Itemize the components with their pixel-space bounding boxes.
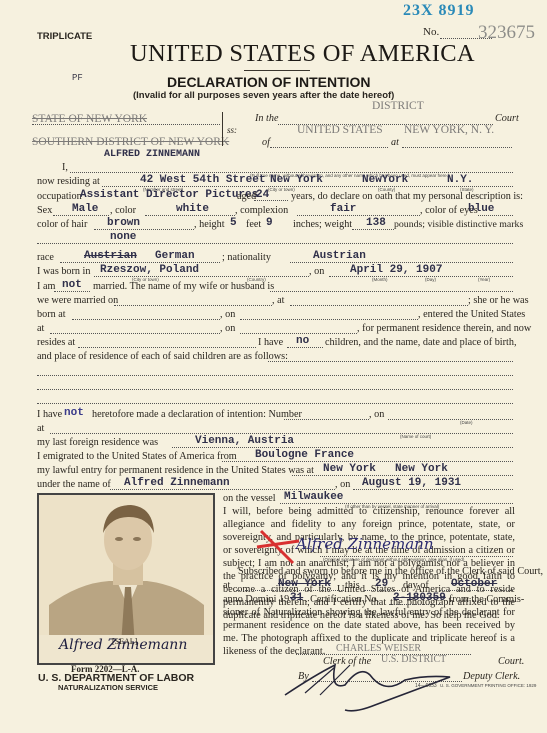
copy-label: TRIPLICATE [37, 31, 92, 42]
occupation-label: occupation [37, 191, 82, 202]
anno-label: anno Domini 19 [223, 594, 289, 605]
race-label: race [37, 252, 54, 263]
occupation-value: Assistant Director Pictures [80, 189, 258, 201]
clerk-name: CHARLES WEISER [336, 643, 421, 654]
form-subtitle: DECLARATION OF INTENTION [167, 74, 371, 90]
heretofore-text: heretofore made a declaration of intenti… [92, 409, 302, 420]
complexion-value: fair [330, 203, 356, 215]
birth-date-value: April 29, 1907 [350, 264, 442, 276]
hair-label: color of hair [37, 219, 87, 230]
married-at-label: , at [272, 295, 284, 306]
last-res-value: Vienna, Austria [195, 435, 294, 447]
court-type: DISTRICT [372, 100, 424, 112]
complexion-label: , complexion [235, 205, 288, 216]
subscribed-text: Subscribed and sworn to before me in the… [238, 566, 543, 577]
county-value: NewYork [362, 174, 408, 186]
of-label: of [262, 137, 270, 148]
court-suffix: Court [495, 113, 519, 124]
emigrated-from-value: Boulogne France [255, 449, 354, 461]
pf-mark: PF [72, 73, 83, 83]
state-value: N.Y. [447, 174, 473, 186]
lawful-entry-label: my lawful entry for permanent residence … [37, 465, 314, 476]
residing-label: now residing at [37, 176, 100, 187]
marital-status-value: not [62, 279, 82, 291]
we-were-label: we were married on [37, 295, 118, 306]
under-name-label: under the name of [37, 479, 111, 490]
doc-number: 323675 [478, 22, 535, 44]
nationality-label: ; nationality [222, 252, 271, 263]
red-x-mark [255, 527, 300, 567]
cert-no-value: 2-180359 [393, 592, 446, 604]
entry-on-label: , on [335, 479, 350, 490]
page-title: UNITED STATES OF AMERICA [130, 40, 475, 68]
born-on-label: , on [309, 266, 324, 277]
weight-value: 138 [366, 217, 386, 229]
last-res-label: my last foreign residence was [37, 437, 158, 448]
children-text: children, and the name, date and place o… [325, 337, 517, 348]
born-at-label: born at [37, 309, 66, 320]
birthplace-value: Rzeszow, Poland [100, 264, 199, 276]
city-value: New York [270, 174, 323, 186]
jurat-at-label: at [223, 580, 230, 591]
years-text: years, do declare on oath that my person… [291, 191, 523, 202]
prior-decl-value: not [64, 407, 84, 419]
at-label: at [391, 137, 399, 148]
race-value: German [155, 250, 195, 262]
under-name-value: Alfred Zinnemann [124, 477, 230, 489]
court-label: Court. [498, 656, 524, 667]
height-in-value: 9 [266, 217, 273, 229]
signature-hint: (Original signature of declarant without… [323, 557, 464, 562]
vessel-label: on the vessel [223, 493, 276, 504]
children-count-value: no [296, 335, 309, 347]
marks-value: none [110, 231, 136, 243]
vessel-value: Milwaukee [284, 491, 343, 503]
entered-at-label: at [37, 323, 44, 334]
feet-label: feet [246, 219, 261, 230]
married-text: married. The name of my wife or husband … [93, 281, 274, 292]
height-ft-value: 5 [230, 217, 237, 229]
race-struck-value: Austrian [84, 250, 137, 262]
hair-value: brown [107, 217, 140, 229]
entry-date-value: August 19, 1931 [362, 477, 461, 489]
hint-date: (Date) [460, 420, 473, 425]
born-label: I was born in [37, 266, 90, 277]
resides-at-label: resides at [37, 337, 75, 348]
height-label: , height [194, 219, 225, 230]
in-the-label: In the [255, 113, 278, 124]
inches-label: inches; weight [293, 219, 352, 230]
eyes-value: blue [468, 203, 494, 215]
i-label: I, [62, 162, 68, 173]
doc-number-label: No. [423, 26, 439, 38]
prior-on-label: , on [369, 409, 384, 420]
color-label: , color [110, 205, 136, 216]
children-line2: and place of residence of each of said c… [37, 351, 288, 362]
hint-year: (Year) [478, 277, 490, 282]
sex-label: Sex [37, 205, 52, 216]
sex-value: Male [72, 203, 98, 215]
declarant-name: ALFRED ZINNEMANN [104, 149, 200, 160]
ss-label: ss: [227, 125, 237, 135]
this-label: this [345, 580, 360, 591]
entered-on-label: , on [220, 323, 235, 334]
i-am-label: I am [37, 281, 55, 292]
gpo-label: U. S. GOVERNMENT PRINTING OFFICE: 1929 [440, 683, 536, 688]
district-label: SOUTHERN DISTRICT OF NEW YORK [32, 136, 229, 148]
hint-court: (Name of court) [400, 434, 431, 439]
hint-day: (Day) [425, 277, 436, 282]
print-code: 14—6033 [415, 683, 437, 689]
declarant-signature: Alfred Zinnemann [296, 535, 434, 553]
from-comm-label: from the Commis- [449, 594, 524, 605]
prior-at-label: at [37, 423, 44, 434]
spouse-born-on: , on [220, 309, 235, 320]
jurat-month-value: October [451, 578, 497, 590]
pounds-label: pounds; visible distinctive marks [394, 219, 523, 230]
cert-label: . Certification No. [305, 594, 379, 605]
court-at-value: NEW YORK, N. Y. [404, 124, 494, 136]
validity-note: (Invalid for all purposes seven years af… [133, 90, 394, 101]
jurat-day-value: 29 [375, 578, 388, 590]
street-value: 42 West 54th Street [140, 174, 265, 186]
prior-i-have-label: I have [37, 409, 62, 420]
court-of-value: UNITED STATES [297, 124, 383, 136]
entry-state-value: New York [395, 463, 448, 475]
hint-month: (Month) [372, 277, 388, 282]
entered-label: , entered the United States [418, 309, 525, 320]
stamp-number: 23X 8919 [403, 2, 475, 20]
jurat-year-value: 31 [290, 592, 303, 604]
jurat-place-value: New York [278, 578, 331, 590]
day-of-label: day of [403, 580, 429, 591]
service-label: NATURALIZATION SERVICE [58, 683, 158, 692]
emigrated-label: I emigrated to the United States of Amer… [37, 451, 237, 462]
she-or-he-label: ; she or he was [468, 295, 529, 306]
for-perm-label: , for permanent residence therein, and n… [357, 323, 531, 334]
nationality-value: Austrian [313, 250, 366, 262]
entry-city-value: New York [323, 463, 376, 475]
seal-label: [SEAL] [112, 637, 137, 646]
i-have-label: I have [258, 337, 283, 348]
color-value: white [176, 203, 209, 215]
